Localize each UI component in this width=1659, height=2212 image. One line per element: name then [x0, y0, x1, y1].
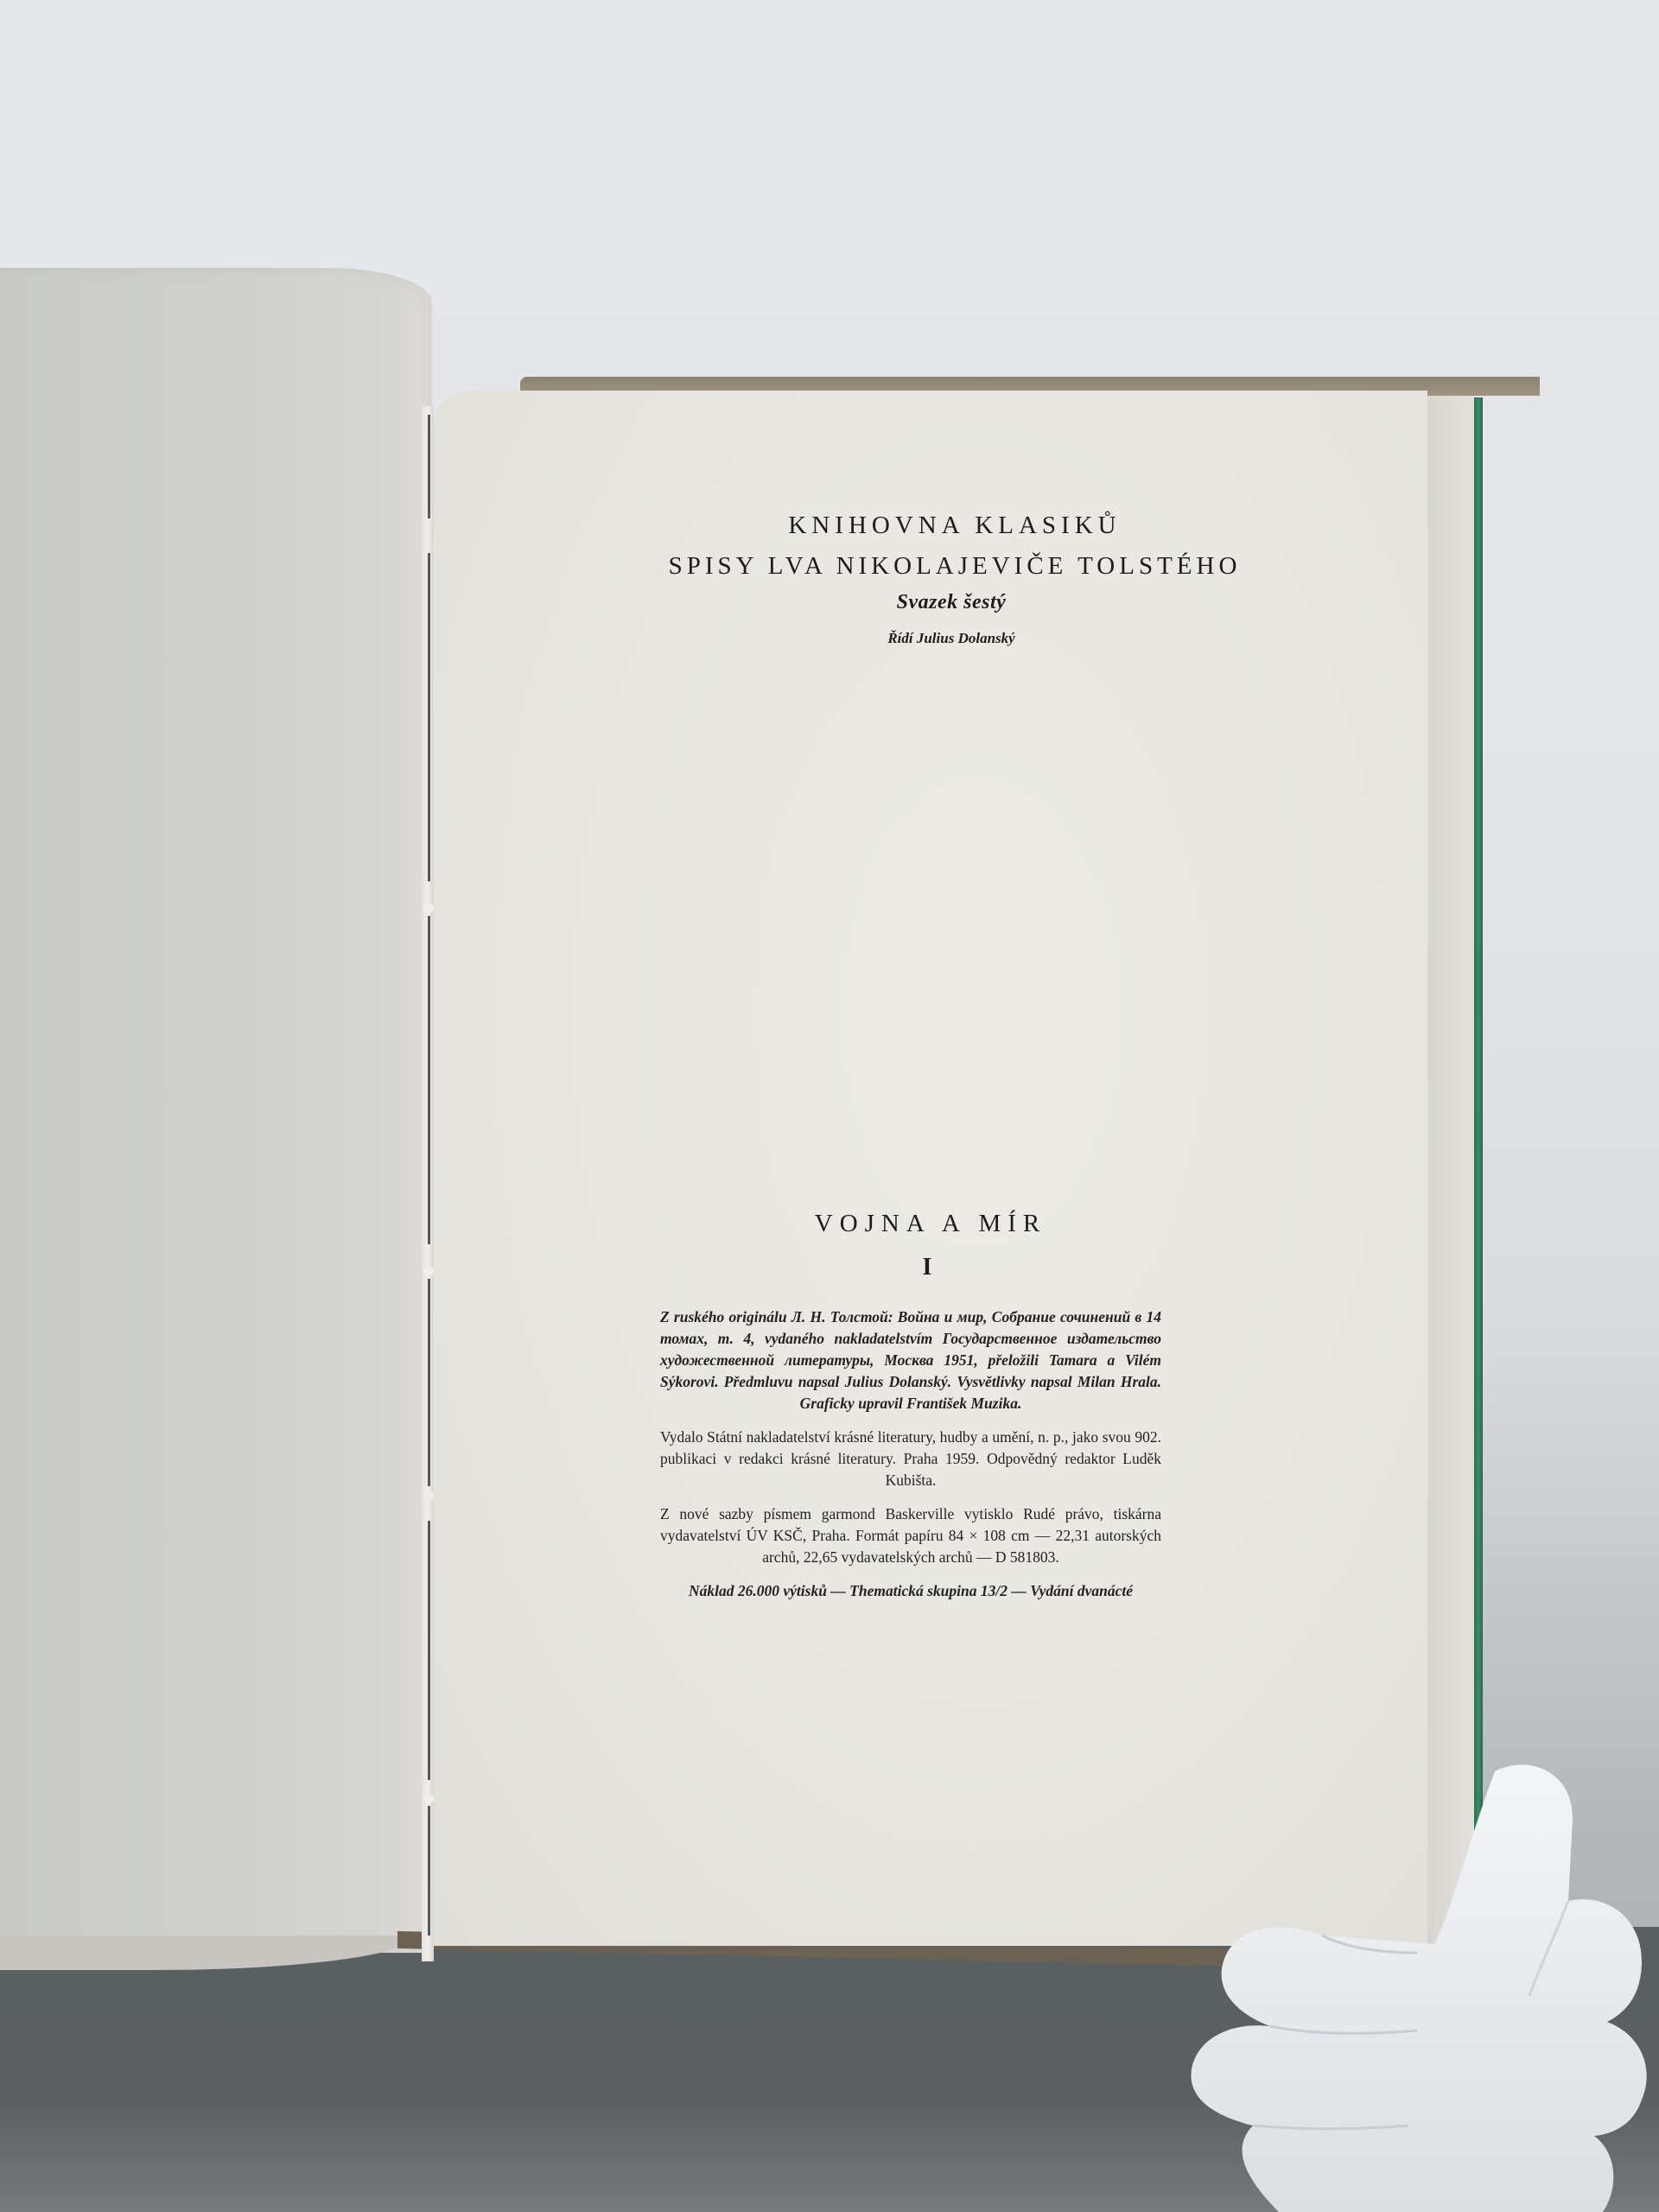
work-title-block: VOJNA A MÍR I	[434, 1210, 1427, 1281]
white-glove-hand	[1123, 1737, 1659, 2212]
printing-note: Z nové sazby písmem garmond Baskerville …	[660, 1503, 1161, 1568]
binding-stitch	[428, 553, 430, 881]
binding-stitch	[428, 415, 430, 518]
photo-scene: KNIHOVNA KLASIKŮ SPISY LVA NIKOLAJEVIČE …	[0, 0, 1659, 2212]
stitch-knot	[423, 1794, 434, 1802]
stitch-knot	[423, 1491, 434, 1500]
volume-label: Svazek šestý	[454, 591, 1448, 614]
binding-stitch	[428, 1279, 430, 1486]
binding-stitch	[428, 916, 430, 1244]
colophon: Z ruského originálu Л. Н. Толстой: Война…	[660, 1306, 1161, 1614]
series-name: KNIHOVNA KLASIKŮ	[458, 512, 1452, 540]
series-header: KNIHOVNA KLASIKŮ SPISY LVA NIKOLAJEVIČE …	[434, 512, 1427, 647]
title-page-content: KNIHOVNA KLASIKŮ SPISY LVA NIKOLAJEVIČE …	[434, 391, 1427, 1946]
publisher-note: Vydalo Státní nakladatelství krásné lite…	[660, 1427, 1161, 1491]
stitch-knot	[423, 904, 434, 912]
work-part-number: I	[430, 1254, 1424, 1281]
binding-stitch	[428, 1521, 430, 1780]
translation-note: Z ruského originálu Л. Н. Толстой: Война…	[660, 1306, 1161, 1414]
left-page-blank	[0, 268, 432, 1953]
edition-note: Náklad 26.000 výtisků — Thematická skupi…	[660, 1580, 1161, 1602]
series-editor: Řídí Julius Dolanský	[454, 630, 1448, 647]
binding-stitch	[428, 1806, 430, 1935]
collected-works-title: SPISY LVA NIKOLAJEVIČE TOLSTÉHO	[458, 552, 1452, 581]
work-title: VOJNA A MÍR	[434, 1210, 1427, 1238]
